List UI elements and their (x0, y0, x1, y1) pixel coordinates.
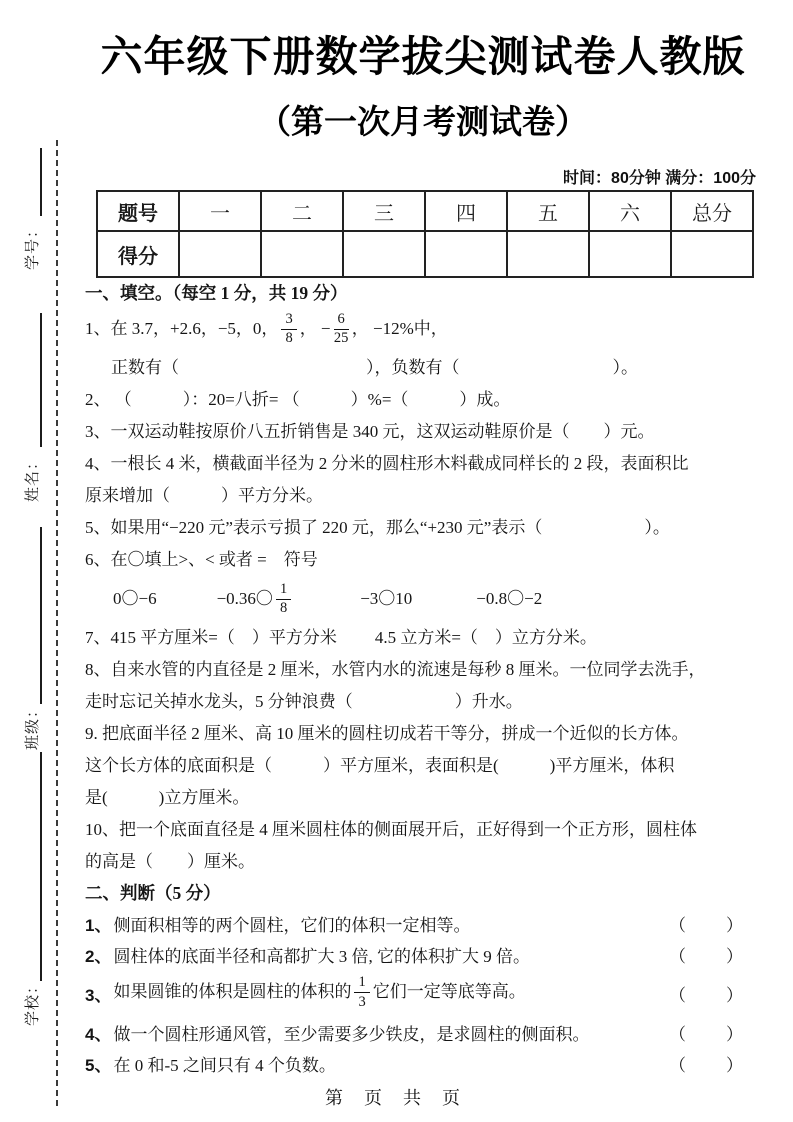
score-table-col-5: 五 (507, 191, 589, 231)
test-paper-page: 学号： 姓名： 班级： 学校： 六年级下册数学拔尖测试卷人教版 （第一次月考测试… (0, 0, 793, 1122)
fraction: 625 (334, 312, 349, 346)
answer-bracket: （ ） (669, 1020, 745, 1045)
name-label: 姓名： (21, 454, 42, 502)
score-table-corner-cell: 题号 (97, 191, 179, 231)
score-blank-cell (589, 231, 671, 277)
judge-question-text: 侧面积相等的两个圆柱，它们的体积一定相等。 (113, 911, 470, 936)
judge-question-number: 4、 (85, 1020, 111, 1045)
score-blank-cell (261, 231, 343, 277)
judge-question-number: 3、 (85, 981, 111, 1006)
answer-bracket: （ ） (669, 911, 745, 936)
answer-bracket: （ ） (669, 1051, 745, 1076)
score-table-col-2: 二 (261, 191, 343, 231)
judge-question-row: 1、侧面积相等的两个圆柱，它们的体积一定相等。（ ） (85, 908, 763, 939)
blank-gap (85, 372, 111, 373)
fill-section-lines: 1、在 3.7，+2.6，−5，0，38， −625， −12%中，正数有（ ）… (85, 306, 763, 878)
school-blank-line (40, 752, 42, 981)
fraction: 13 (354, 975, 369, 1009)
fill-question-line: 7、415 平方厘米=（ ）平方分米4.5 立方米=（ ）立方分米。 (85, 622, 763, 654)
score-table-col-6: 六 (589, 191, 671, 231)
answer-bracket: （ ） (669, 981, 745, 1006)
judge-question-number: 5、 (85, 1051, 111, 1076)
score-table-col-3: 三 (343, 191, 425, 231)
answer-bracket: （ ） (669, 942, 745, 967)
score-label-cell: 得分 (97, 231, 179, 277)
judge-question-number: 2、 (85, 942, 111, 967)
fill-question-line: 4、一根长 4 米，横截面半径为 2 分米的圆柱形木料截成同样长的 2 段，表面… (85, 448, 763, 480)
fill-question-line: 9. 把底面半径 2 厘米、高 10 厘米的圆柱切成若干等分，拼成一个近似的长方… (85, 718, 763, 750)
judge-question-text: 在 0 和-5 之间只有 4 个负数。 (113, 1051, 335, 1076)
score-table-col-1: 一 (179, 191, 261, 231)
class-label: 班级： (21, 702, 42, 750)
page-subtitle: （第一次月考测试卷） (85, 96, 761, 143)
class-blank-line (40, 527, 42, 704)
score-blank-cell (343, 231, 425, 277)
judge-section-heading: 二、判断（5 分） (85, 878, 763, 908)
fill-question-line: 原来增加（ ）平方分米。 (85, 480, 763, 512)
fill-question-line: 10、把一个底面直径是 4 厘米圆柱体的侧面展开后，正好得到一个正方形，圆柱体 (85, 814, 763, 846)
score-blank-cell (179, 231, 261, 277)
judge-question-row: 3、如果圆锥的体积是圆柱的体积的13它们一定等底等高。（ ） (85, 970, 763, 1017)
fill-question-line: 2、 （ ）：20=八折= （ ）%=（ ）成。 (85, 384, 763, 416)
fold-dashed-line (56, 140, 58, 1106)
judge-question-text: 做一个圆柱形通风管，至少需要多少铁皮，是求圆柱的侧面积。 (113, 1020, 589, 1045)
judge-question-number: 1、 (85, 911, 111, 936)
judge-question-text: 如果圆锥的体积是圆柱的体积的13它们一定等底等高。 (113, 976, 525, 1010)
judge-question-row: 5、在 0 和-5 之间只有 4 个负数。（ ） (85, 1048, 763, 1079)
student-id-blank-line (40, 148, 42, 216)
school-label: 学校： (21, 978, 42, 1026)
judge-question-text: 圆柱体的底面半径和高都扩大 3 倍, 它的体积扩大 9 倍。 (113, 942, 530, 967)
fill-section-heading: 一、填空。（每空 1 分，共 19 分） (85, 280, 763, 306)
score-table: 题号 一 二 三 四 五 六 总分 得分 (96, 190, 754, 278)
fraction: 18 (276, 582, 291, 616)
fill-question-line: 6、在〇填上>、< 或者 = 符号 (85, 544, 763, 576)
score-table-score-row: 得分 (97, 231, 753, 277)
student-id-label: 学号： (21, 222, 42, 270)
score-blank-cell (507, 231, 589, 277)
fraction: 38 (281, 312, 296, 346)
blank-gap (412, 603, 476, 604)
fill-question-line: 3、一双运动鞋按原价八五折销售是 340 元，这双运动鞋原价是（ ）元。 (85, 416, 763, 448)
blank-gap (294, 603, 360, 604)
fill-question-line: 正数有（ ），负数有（ ）。 (85, 352, 763, 384)
fill-question-line: 5、如果用“−220 元”表示亏损了 220 元，那么“+230 元”表示（ ）… (85, 512, 763, 544)
blank-gap (337, 642, 375, 643)
judge-question-row: 2、圆柱体的底面半径和高都扩大 3 倍, 它的体积扩大 9 倍。（ ） (85, 939, 763, 970)
score-blank-cell (671, 231, 753, 277)
fill-question-line: 这个长方体的底面积是（ ）平方厘米，表面积是( )平方厘米，体积 (85, 750, 763, 782)
page-title: 六年级下册数学拔尖测试卷人教版 (85, 24, 761, 84)
blank-gap (157, 603, 217, 604)
exam-time-score-info: 时间：80分钟 满分：100分 (563, 165, 756, 188)
blank-gap (85, 603, 113, 604)
score-table-header-row: 题号 一 二 三 四 五 六 总分 (97, 191, 753, 231)
fill-question-line: 的高是（ ）厘米。 (85, 846, 763, 878)
fill-question-line: 8、自来水管的内直径是 2 厘米，水管内水的流速是每秒 8 厘米。一位同学去洗手… (85, 654, 763, 686)
page-footer: 第 页 共 页 (0, 1084, 793, 1110)
judge-question-row: 4、做一个圆柱形通风管，至少需要多少铁皮，是求圆柱的侧面积。（ ） (85, 1017, 763, 1048)
fill-question-line: 走时忘记关掉水龙头，5 分钟浪费（ ）升水。 (85, 686, 763, 718)
judge-section-rows: 1、侧面积相等的两个圆柱，它们的体积一定相等。（ ）2、圆柱体的底面半径和高都扩… (85, 908, 763, 1079)
fill-question-line: 是( )立方厘米。 (85, 782, 763, 814)
name-blank-line (40, 313, 42, 447)
question-body: 一、填空。（每空 1 分，共 19 分） 1、在 3.7，+2.6，−5，0，3… (85, 280, 763, 1079)
fill-question-line: 0〇−6−0.36〇18−3〇10−0.8〇−2 (85, 576, 763, 622)
score-table-col-4: 四 (425, 191, 507, 231)
score-blank-cell (425, 231, 507, 277)
fill-question-line: 1、在 3.7，+2.6，−5，0，38， −625， −12%中， (85, 306, 763, 352)
score-table-col-total: 总分 (671, 191, 753, 231)
